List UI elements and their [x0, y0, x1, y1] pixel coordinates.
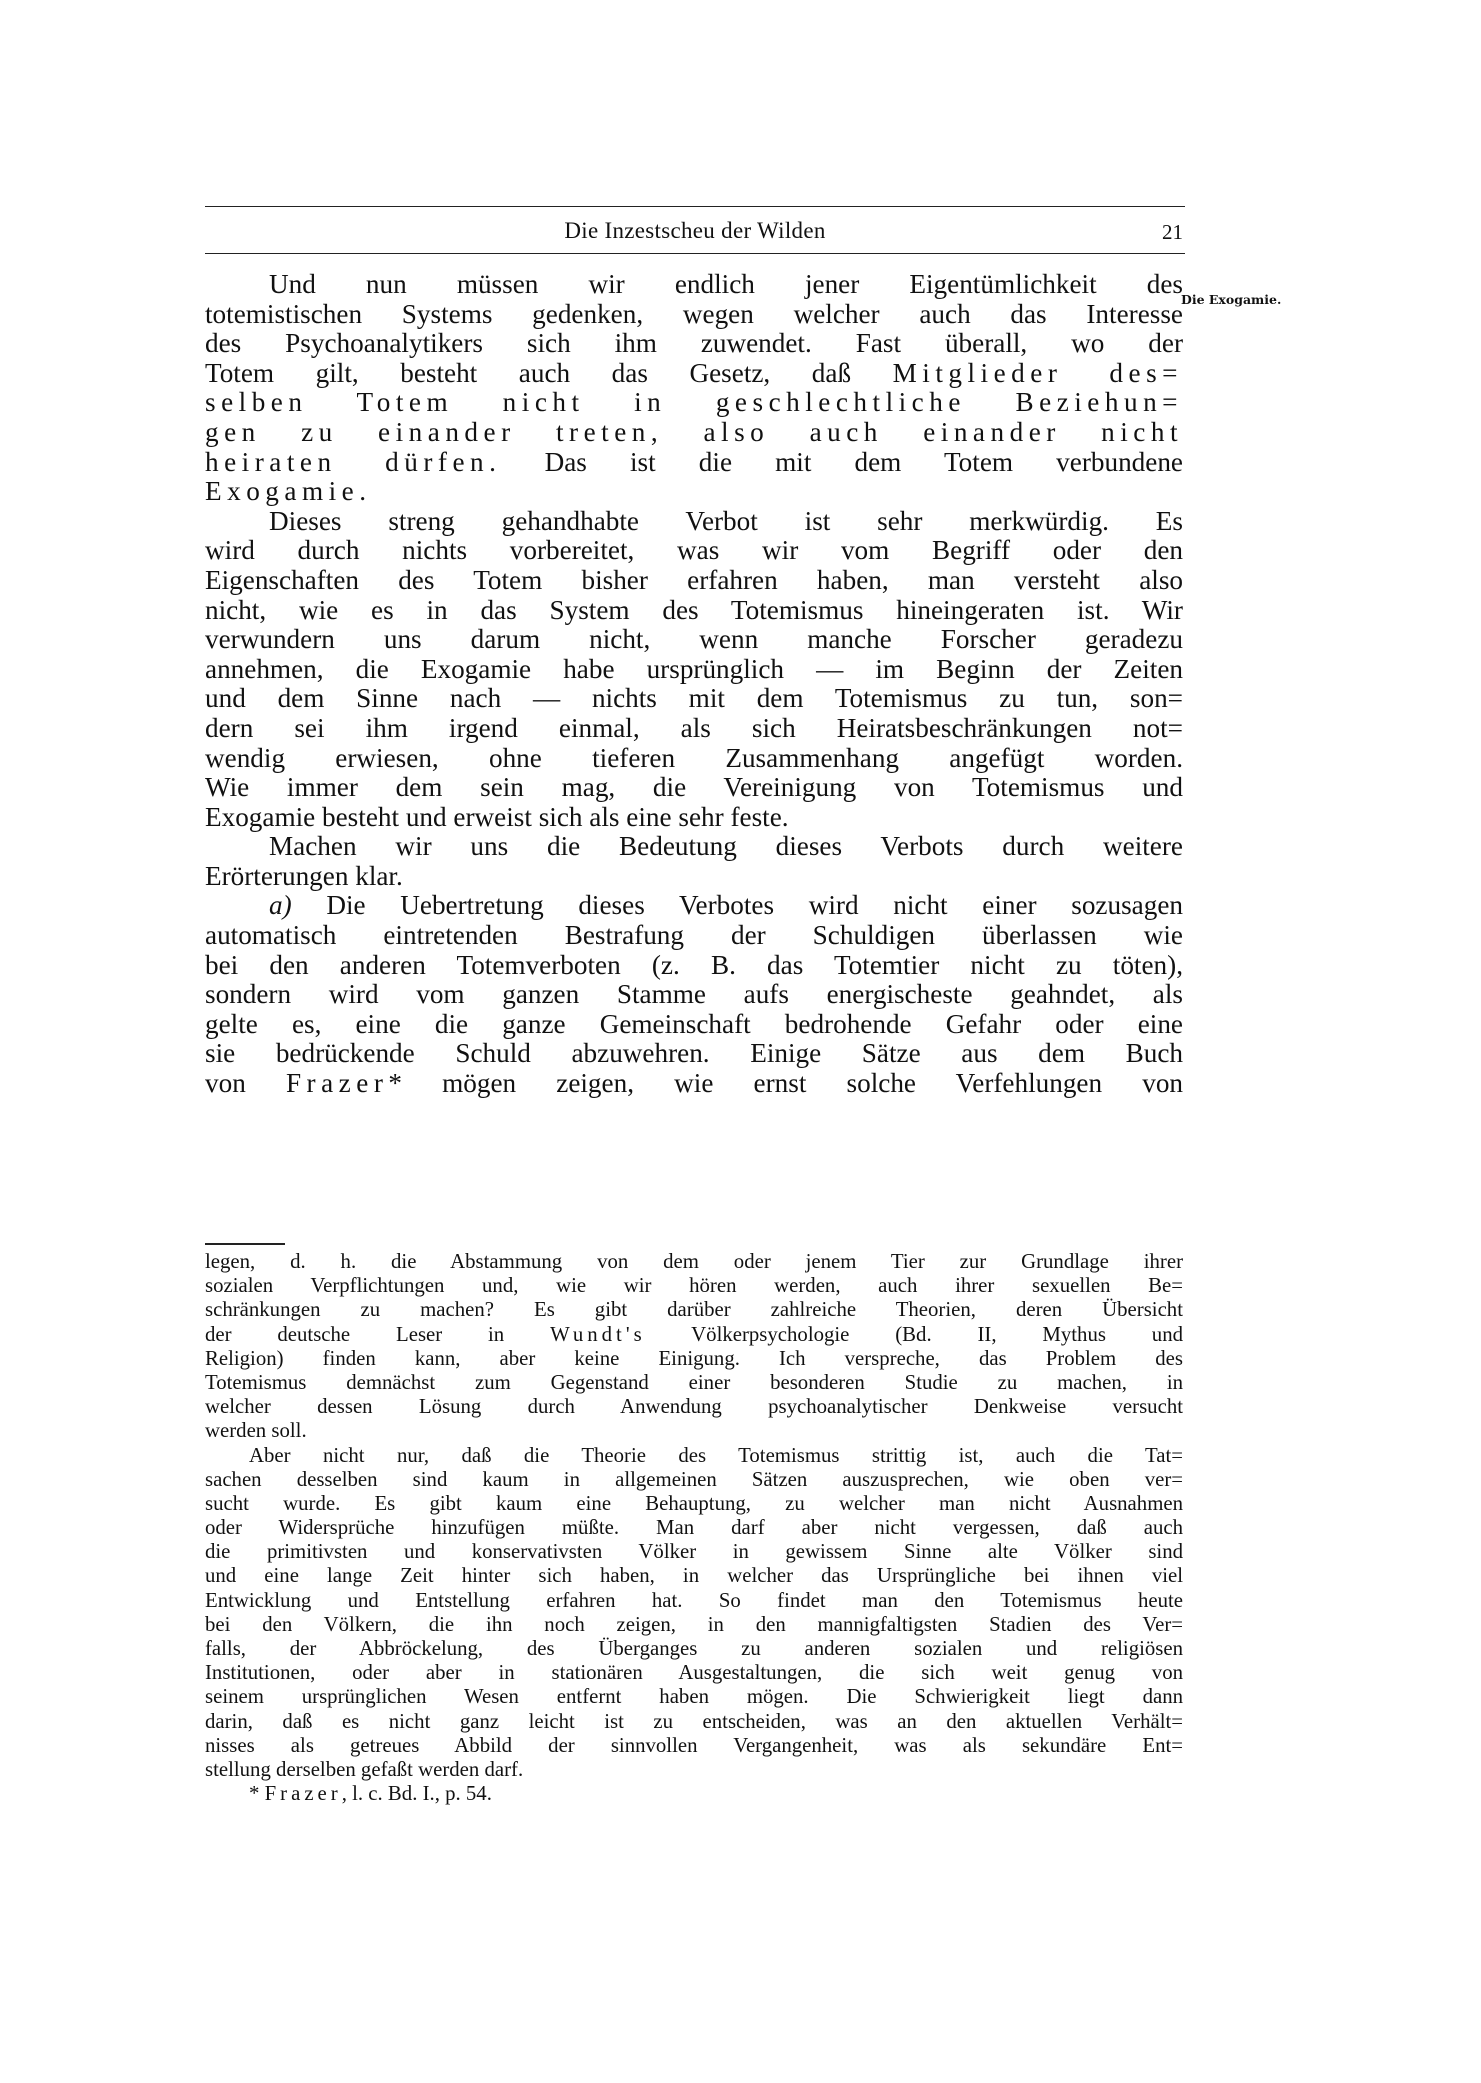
text-line: wendig erwiesen, ohne tieferen Zusammenh…: [205, 744, 1183, 774]
footnote-line: sucht wurde. Es gibt kaum eine Behauptun…: [205, 1492, 1183, 1516]
text-line: annehmen, die Exogamie habe ursprünglich…: [205, 655, 1183, 685]
footnote-line: schränkungen zu machen? Es gibt darüber …: [205, 1298, 1183, 1322]
text-line: gelte es, eine die ganze Gemeinschaft be…: [205, 1010, 1183, 1040]
text-line: und dem Sinne nach — nichts mit dem Tote…: [205, 684, 1183, 714]
text-line: Und nun müssen wir endlich jener Eigentü…: [205, 270, 1183, 300]
footnote-line: Aber nicht nur, daß die Theorie des Tote…: [205, 1444, 1183, 1468]
footnote-line: falls, der Abbröckelung, des Überganges …: [205, 1637, 1183, 1661]
footnote-line: legen, d. h. die Abstammung von dem oder…: [205, 1250, 1183, 1274]
text-line: totemistischen Systems gedenken, wegen w…: [205, 300, 1183, 330]
text-line: gen zu einander treten, also auch einand…: [205, 418, 1183, 448]
footnote-line: nisses als getreues Abbild der sinnvolle…: [205, 1734, 1183, 1758]
footnote-line: welcher dessen Lösung durch Anwendung ps…: [205, 1395, 1183, 1419]
footnote-line: Religion) finden kann, aber keine Einigu…: [205, 1347, 1183, 1371]
footnote-line: Entwicklung und Entstellung erfahren hat…: [205, 1589, 1183, 1613]
text-line: verwundern uns darum nicht, wenn manche …: [205, 625, 1183, 655]
text-line: sie bedrückende Schuld abzuwehren. Einig…: [205, 1039, 1183, 1069]
footnote-line: stellung derselben gefaßt werden darf.: [205, 1758, 1183, 1782]
text-line: Eigenschaften des Totem bisher erfahren …: [205, 566, 1183, 596]
text-line: Exogamie.: [205, 477, 1183, 507]
running-head: Die Inzestscheu der Wilden 21: [205, 216, 1185, 248]
text-line: selben Totem nicht in geschlechtliche Be…: [205, 388, 1183, 418]
header-rule-bottom: [205, 253, 1185, 254]
text-line: sondern wird vom ganzen Stamme aufs ener…: [205, 980, 1183, 1010]
footnote-line: darin, daß es nicht ganz leicht ist zu e…: [205, 1710, 1183, 1734]
footnote-line: die primitivsten und konservativsten Völ…: [205, 1540, 1183, 1564]
main-text: Und nun müssen wir endlich jener Eigentü…: [205, 270, 1183, 1099]
footnotes: legen, d. h. die Abstammung von dem oder…: [205, 1250, 1183, 1806]
running-title: Die Inzestscheu der Wilden: [205, 218, 1185, 244]
text-line: dern sei ihm irgend einmal, als sich Hei…: [205, 714, 1183, 744]
book-page: Die Inzestscheu der Wilden 21 Die Exogam…: [0, 0, 1481, 2083]
text-line: des Psychoanalytikers sich ihm zuwendet.…: [205, 329, 1183, 359]
text-line: wird durch nichts vorbereitet, was wir v…: [205, 536, 1183, 566]
footnote-line: * Frazer, l. c. Bd. I., p. 54.: [205, 1782, 1183, 1806]
footnote-line: oder Widersprüche hinzufügen müßte. Man …: [205, 1516, 1183, 1540]
footnote-line: und eine lange Zeit hinter sich haben, i…: [205, 1564, 1183, 1588]
footnote-line: Totemismus demnächst zum Gegenstand eine…: [205, 1371, 1183, 1395]
footnote-line: sozialen Verpflichtungen und, wie wir hö…: [205, 1274, 1183, 1298]
text-line: bei den anderen Totemverboten (z. B. das…: [205, 951, 1183, 981]
text-line: heiraten dürfen. Das ist die mit dem Tot…: [205, 448, 1183, 478]
text-line: Totem gilt, besteht auch das Gesetz, daß…: [205, 359, 1183, 389]
text-line: a) Die Uebertretung dieses Verbotes wird…: [205, 891, 1183, 921]
margin-note: Die Exogamie.: [1181, 292, 1281, 307]
text-line: Machen wir uns die Bedeutung dieses Verb…: [205, 832, 1183, 862]
footnote-line: Institutionen, oder aber in stationären …: [205, 1661, 1183, 1685]
text-line: nicht, wie es in das System des Totemism…: [205, 596, 1183, 626]
page-number: 21: [1162, 220, 1183, 245]
footnote-line: werden soll.: [205, 1419, 1183, 1443]
text-line: automatisch eintretenden Bestrafung der …: [205, 921, 1183, 951]
footnote-rule: [205, 1243, 285, 1245]
footnote-line: sachen desselben sind kaum in allgemeine…: [205, 1468, 1183, 1492]
text-line: Exogamie besteht und erweist sich als ei…: [205, 803, 1183, 833]
text-line: Erörterungen klar.: [205, 862, 1183, 892]
text-line: von Frazer* mögen zeigen, wie ernst solc…: [205, 1069, 1183, 1099]
text-line: Dieses streng gehandhabte Verbot ist seh…: [205, 507, 1183, 537]
footnote-line: bei den Völkern, die ihn noch zeigen, in…: [205, 1613, 1183, 1637]
header-rule-top: [205, 206, 1185, 207]
footnote-line: der deutsche Leser in Wundt's Völkerpsyc…: [205, 1323, 1183, 1347]
footnote-line: seinem ursprünglichen Wesen entfernt hab…: [205, 1685, 1183, 1709]
text-line: Wie immer dem sein mag, die Vereinigung …: [205, 773, 1183, 803]
